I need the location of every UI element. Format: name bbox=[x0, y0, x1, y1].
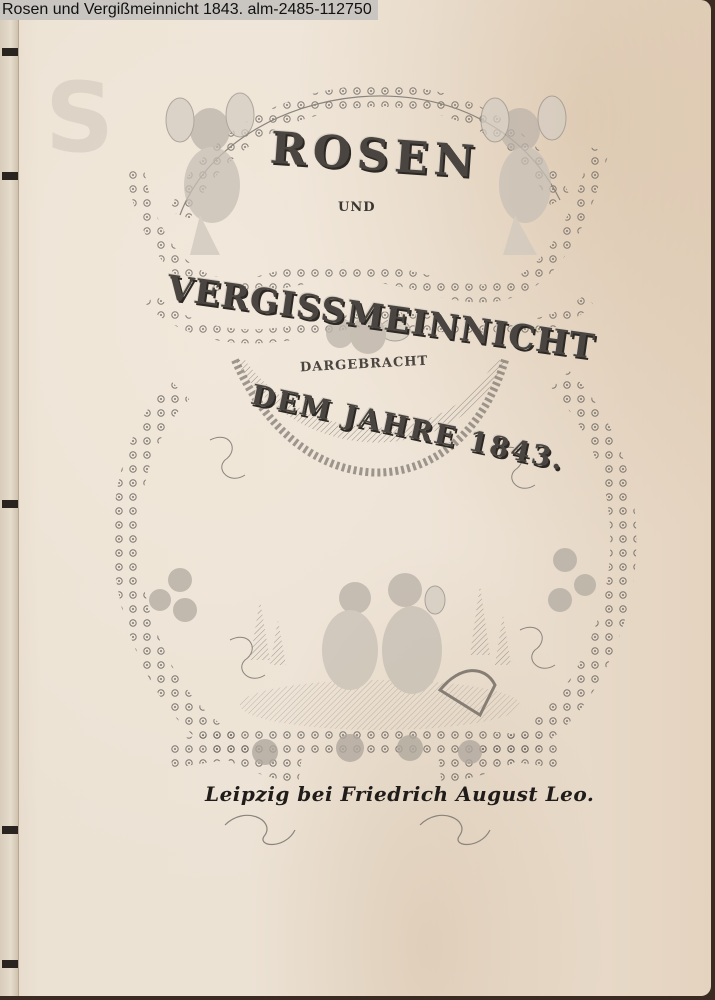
cherub-top-left bbox=[166, 93, 254, 255]
image-caption: Rosen und Vergißmeinnicht 1843. alm-2485… bbox=[0, 0, 378, 20]
title-und: UND bbox=[338, 200, 376, 215]
vignette-two-cherubs bbox=[240, 573, 520, 730]
scanned-page: S bbox=[0, 0, 711, 996]
scroll-flourishes bbox=[225, 815, 490, 844]
publisher-imprint: Leipzig bei Friedrich August Leo. bbox=[205, 782, 594, 806]
